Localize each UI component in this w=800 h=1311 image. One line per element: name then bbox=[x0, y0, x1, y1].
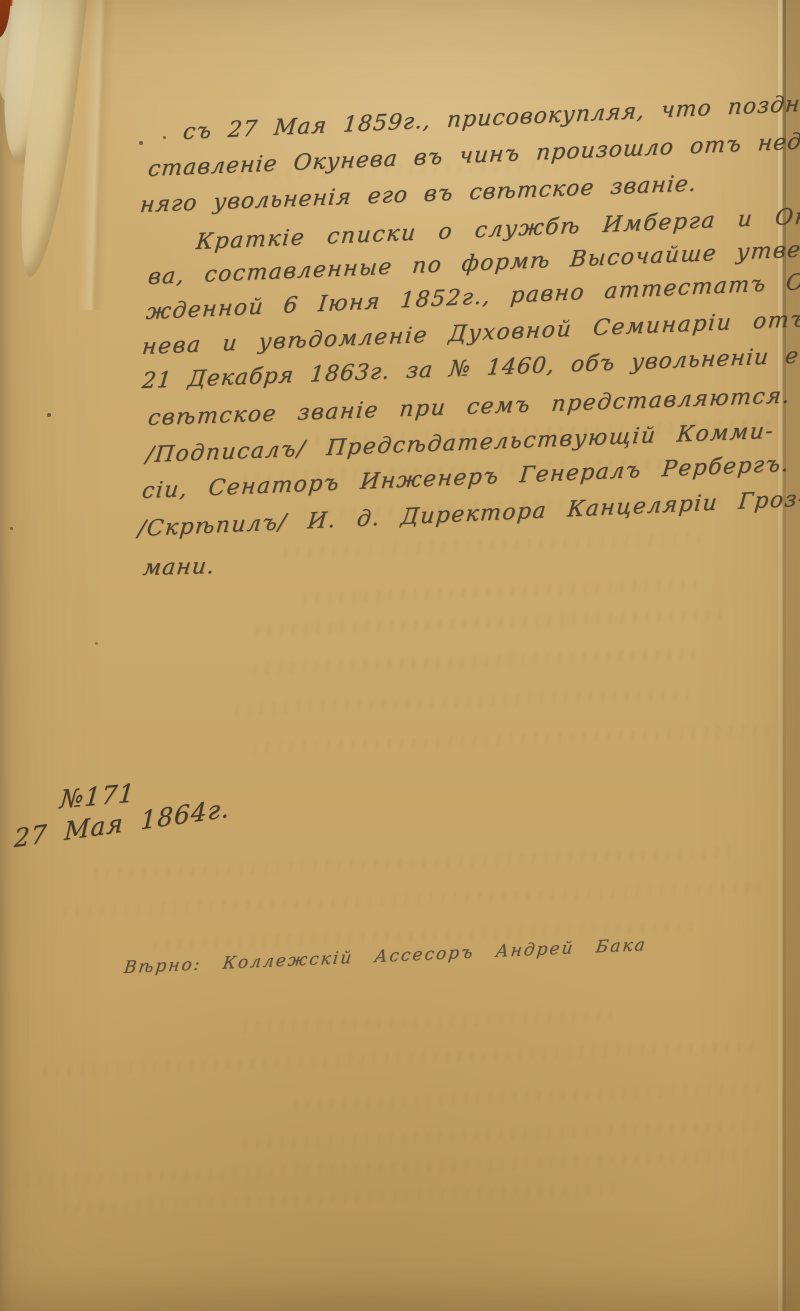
bleedthrough-mark bbox=[60, 1183, 620, 1214]
ink-speck bbox=[47, 413, 51, 417]
bleedthrough-mark bbox=[240, 1009, 620, 1033]
bleedthrough-mark bbox=[40, 1040, 760, 1076]
right-fold-highlight bbox=[778, 0, 782, 1311]
bleedthrough-mark bbox=[90, 847, 730, 880]
left-paper-crease bbox=[79, 0, 116, 310]
manuscript-page: съ 27 Мая 1859г., присовокупляя, что поз… bbox=[0, 0, 800, 1311]
bleedthrough-mark bbox=[290, 1083, 770, 1111]
bleedthrough-mark bbox=[300, 579, 700, 604]
bleedthrough-mark bbox=[240, 1120, 760, 1149]
ink-speck bbox=[139, 141, 143, 145]
manuscript-line: мани. bbox=[142, 554, 217, 581]
bleedthrough-mark bbox=[252, 609, 722, 636]
ink-speck bbox=[95, 642, 98, 645]
right-page-edge bbox=[786, 0, 800, 1311]
certification-line: Вѣрно: Коллежскій Ассесоръ Андрей Бака bbox=[123, 935, 648, 978]
ink-speck bbox=[10, 527, 13, 530]
bleedthrough-mark bbox=[60, 882, 760, 917]
bleedthrough-mark bbox=[250, 648, 700, 675]
bleedthrough-mark bbox=[250, 725, 770, 754]
bleedthrough-mark bbox=[232, 688, 692, 715]
bleedthrough-mark bbox=[10, 1150, 750, 1187]
bleedthrough-mark bbox=[280, 533, 700, 559]
ink-speck bbox=[163, 136, 166, 139]
